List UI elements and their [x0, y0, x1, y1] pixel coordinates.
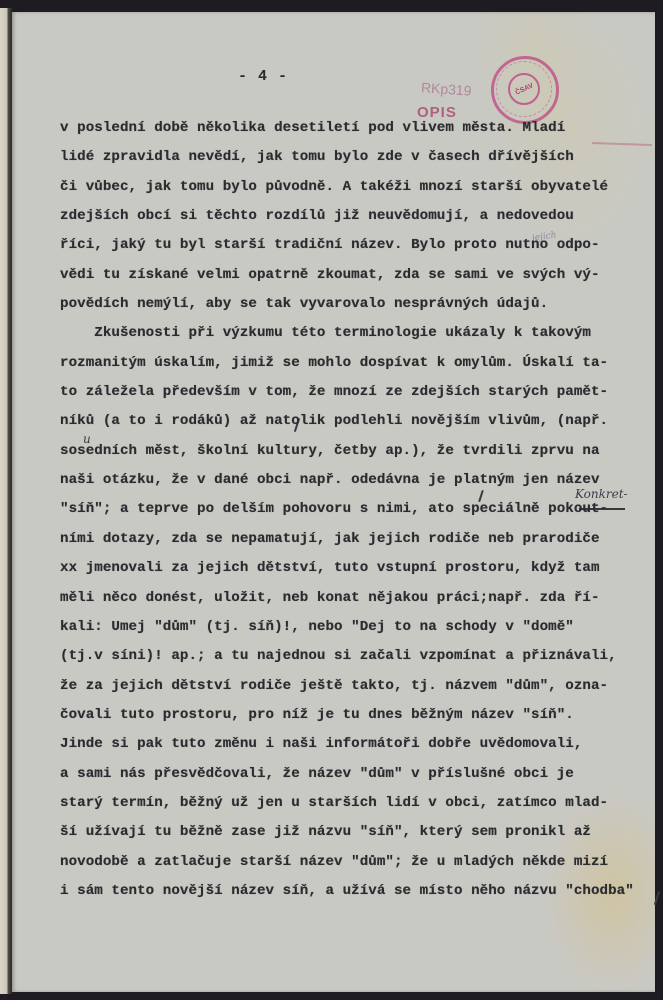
institution-round-stamp: ČSAV: [491, 56, 559, 124]
stamp-center-text: ČSAV: [514, 82, 534, 96]
text-line: "síň"; a teprve po delším pohovoru s nim…: [60, 498, 650, 527]
text-line: povědích nemýlí, aby se tak vyvarovalo n…: [60, 293, 650, 322]
text-line: níků (a to i rodáků) až natolik podlehli…: [60, 410, 650, 439]
text-line: (tj.v síni)! ap.; a tu najednou si začal…: [60, 645, 650, 674]
text-line: Jinde si pak tuto změnu i naši informáto…: [60, 733, 650, 762]
text-line: xx jmenovali za jejich dětství, tuto vst…: [60, 557, 650, 586]
text-line: kali: Umej "dům" (tj. síň)!, nebo "Dej t…: [60, 616, 650, 645]
text-line: říci, jaký tu byl starší tradiční název.…: [60, 234, 650, 263]
typed-text-body: v poslední době několika desetiletí pod …: [60, 117, 650, 909]
text-line: naši otázku, že v dané obci např. odedáv…: [60, 469, 650, 498]
text-line: měli něco donést, uložit, neb konat něja…: [60, 587, 650, 616]
pencil-slash-mark: [654, 891, 660, 905]
text-line: Zkušenosti při výzkumu této terminologie…: [60, 322, 650, 351]
underlying-page-edge: [0, 8, 12, 994]
text-line: vědi tu získané velmi opatrně zkoumat, z…: [60, 264, 650, 293]
text-line: ší užívají tu běžně zase již názvu "síň"…: [60, 821, 650, 850]
text-line: to záležela především v tom, že mnozí ze…: [60, 381, 650, 410]
text-line: lidé zpravidla nevědí, jak tomu bylo zde…: [60, 146, 650, 175]
text-line: sosedních měst, školní kultury, četby ap…: [60, 440, 650, 469]
page-number: - 4 -: [238, 68, 288, 85]
text-line: v poslední době několika desetiletí pod …: [60, 117, 650, 146]
text-line: rozmanitým úskalím, jimiž se mohlo dospí…: [60, 352, 650, 381]
text-line: zdejších obcí si těchto rozdílů již neuv…: [60, 205, 650, 234]
text-line: starý termín, běžný už jen u starších li…: [60, 792, 650, 821]
text-line: novodobě a zatlačuje starší název "dům";…: [60, 851, 650, 880]
text-line: ními dotazy, zda se nepamatují, jak jeji…: [60, 528, 650, 557]
text-line: čovali tuto prostoru, pro níž je tu dnes…: [60, 704, 650, 733]
archive-signature-mark: RKp319: [421, 79, 473, 98]
stamp-inner-ring: ČSAV: [508, 73, 540, 105]
text-line: že za jejich dětství rodiče ještě takto,…: [60, 675, 650, 704]
text-line: či vůbec, jak tomu bylo původně. A takéž…: [60, 176, 650, 205]
text-line: i sám tento novější název síň, a užívá s…: [60, 880, 650, 909]
text-line: a sami nás přesvědčovali, že název "dům"…: [60, 763, 650, 792]
